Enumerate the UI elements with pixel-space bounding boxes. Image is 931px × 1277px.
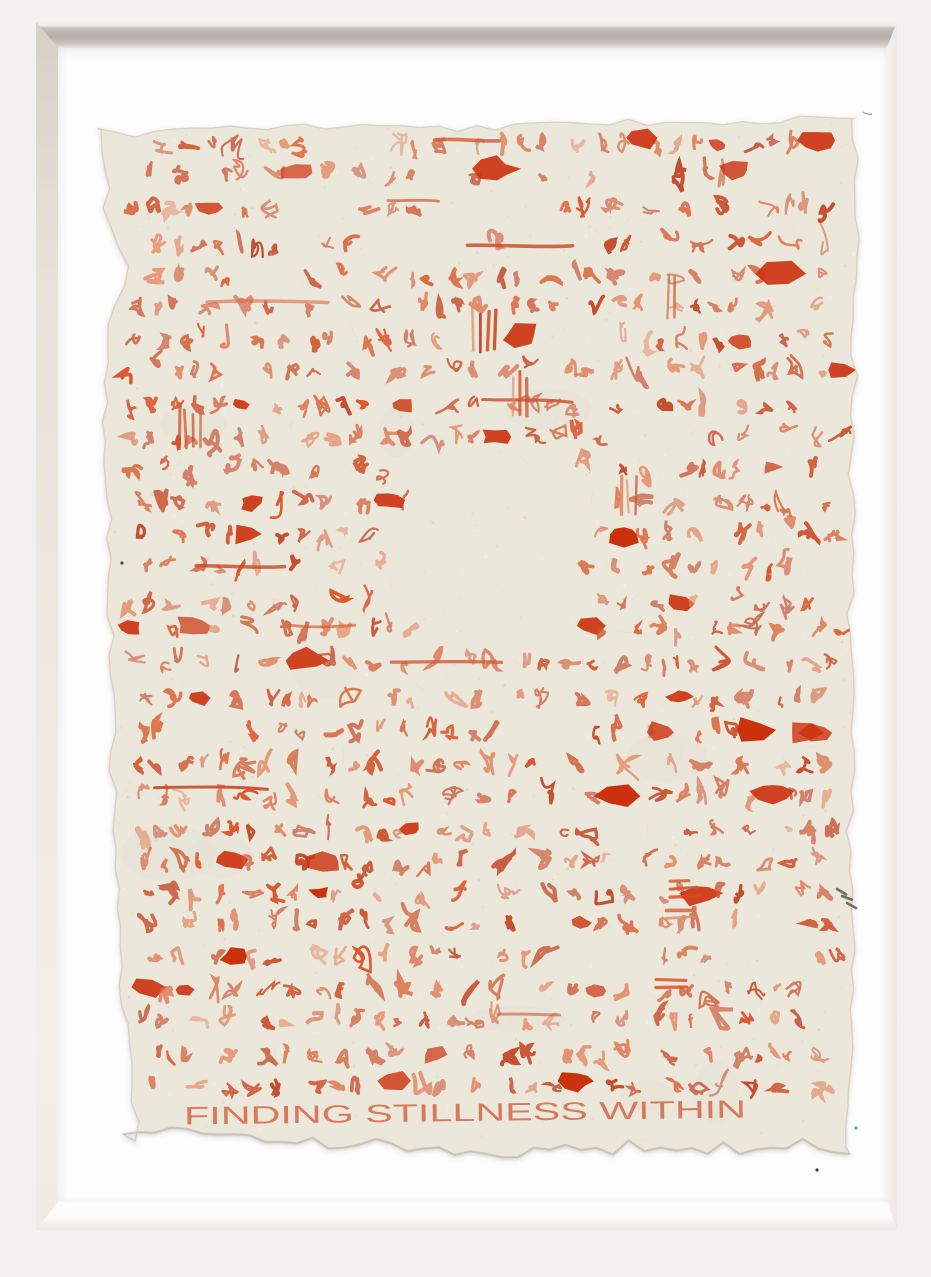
- frame-top-rail: [36, 22, 897, 48]
- picture-frame: [36, 22, 897, 1230]
- mat-board: [58, 48, 887, 1202]
- frame-bottom-rail: [36, 1202, 897, 1230]
- frame-right-rail: [887, 22, 897, 1230]
- artwork-photo: FINDING STILLNESS WITHIN: [0, 0, 931, 1277]
- frame-left-rail: [36, 22, 58, 1230]
